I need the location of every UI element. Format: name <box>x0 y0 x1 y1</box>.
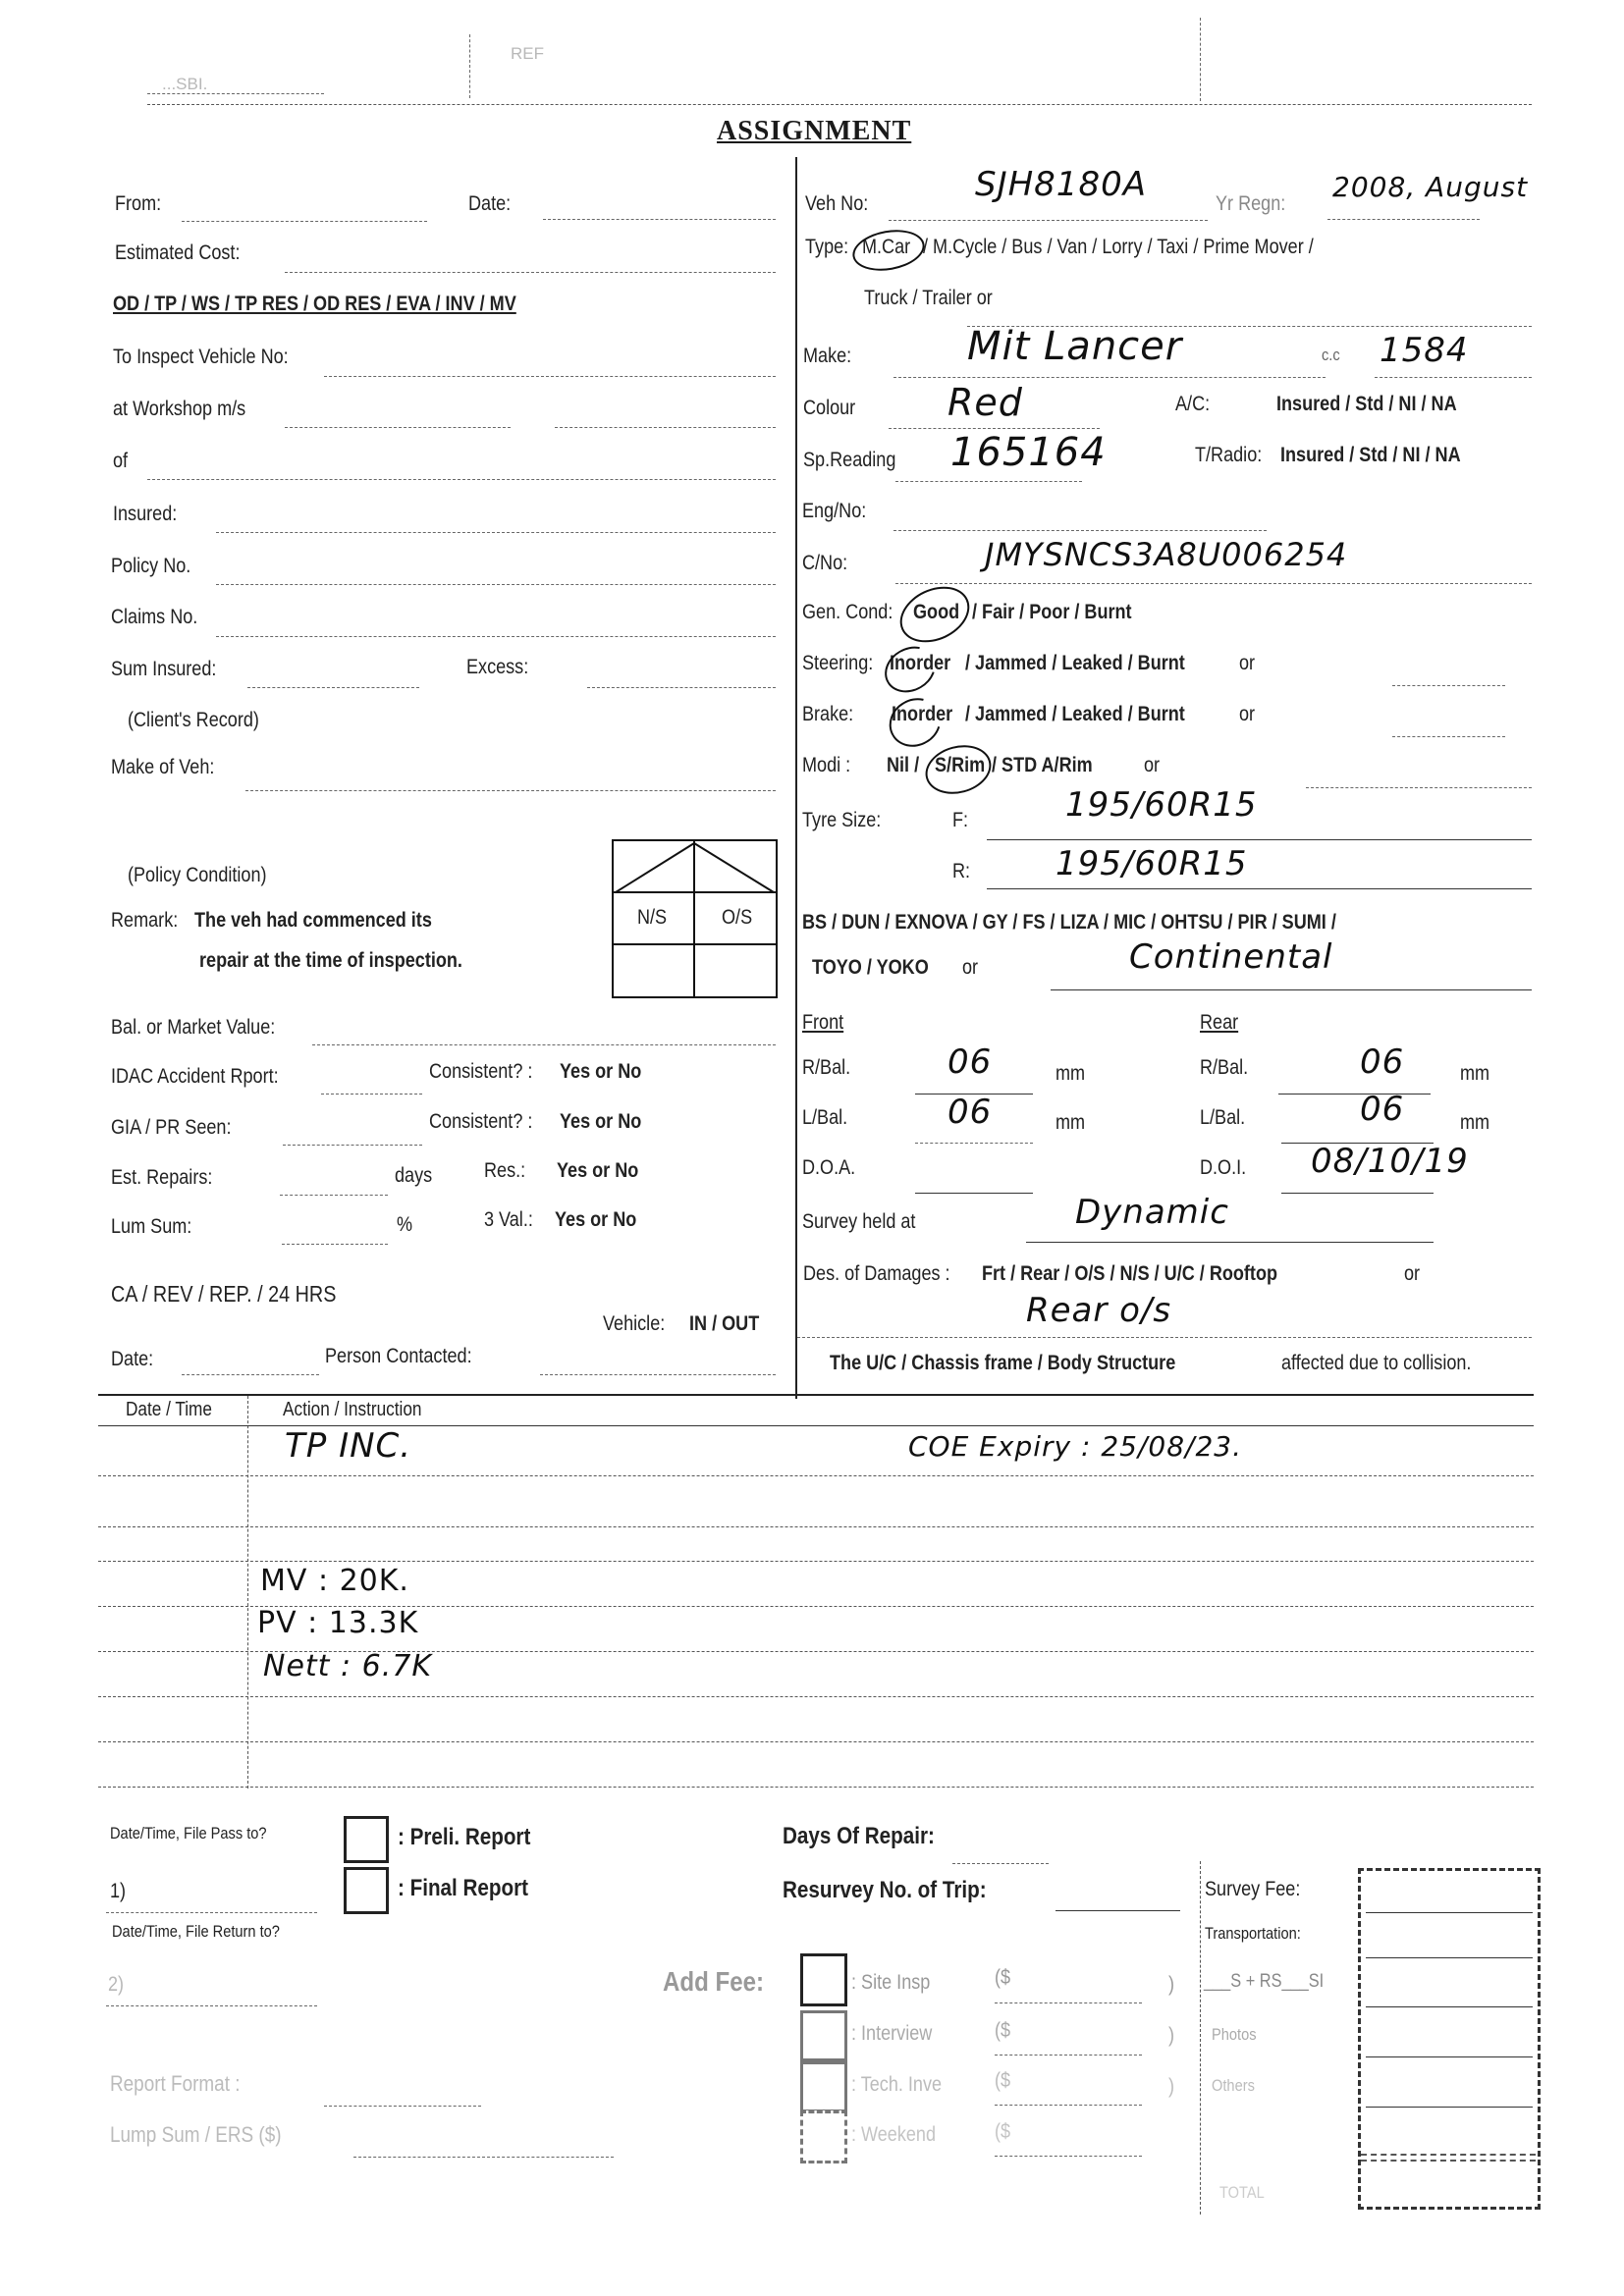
weekend-checkbox[interactable] <box>800 2110 847 2163</box>
gia-label: GIA / PR Seen: <box>111 1116 231 1140</box>
lum-sum-field[interactable] <box>282 1244 388 1245</box>
site-insp-checkbox[interactable] <box>800 1953 847 2006</box>
modi-nil[interactable]: Nil / <box>887 754 919 777</box>
row-rule-2 <box>98 1526 1534 1527</box>
report-format-label: Report Format : <box>110 2071 240 2097</box>
tyre-brand-or: or <box>962 956 978 980</box>
front-lbal-label: L/Bal. <box>802 1106 847 1130</box>
table-row[interactable]: Nett : 6.7K <box>98 1653 1534 1692</box>
selected-circle-type <box>849 225 928 276</box>
header-divider <box>469 34 470 98</box>
rear-lbal-label: L/Bal. <box>1200 1106 1245 1130</box>
selected-circle-brake <box>881 689 950 757</box>
interview-checkbox[interactable] <box>800 2010 847 2061</box>
from-field[interactable] <box>182 221 427 222</box>
selected-circle-modi <box>920 738 997 801</box>
damages-label: Des. of Damages : <box>803 1262 950 1286</box>
vehicle-in-out[interactable]: IN / OUT <box>689 1312 759 1336</box>
brake-or: or <box>1239 703 1255 726</box>
row-rule-3 <box>98 1561 1534 1562</box>
weekend-currency: ($ <box>995 2120 1010 2144</box>
ac-label: A/C: <box>1175 393 1210 416</box>
colour-field <box>889 428 1100 429</box>
file-pass-item-1: 1) <box>110 1880 126 1903</box>
of-label: of <box>113 450 128 473</box>
colour-label: Colour <box>803 397 855 420</box>
tyre-size-label: Tyre Size: <box>802 809 881 832</box>
rear-lbal-value[interactable]: 06 <box>1360 1090 1404 1129</box>
tradio-label: T/Radio: <box>1195 444 1262 467</box>
tyre-rear-label: R: <box>952 860 970 883</box>
interview-amount-field[interactable] <box>995 2055 1142 2056</box>
side-diagram-box: N/S O/S <box>612 839 778 998</box>
market-value-field[interactable] <box>312 1044 776 1045</box>
eng-no-label: Eng/No: <box>802 500 866 523</box>
resurvey-label: Resurvey No. of Trip: <box>783 1877 987 1904</box>
action-text: PV : 13.3K <box>257 1606 418 1640</box>
front-lbal-value[interactable]: 06 <box>947 1093 992 1132</box>
market-value-label: Bal. or Market Value: <box>111 1016 275 1040</box>
sp-reading-label: Sp.Reading <box>803 449 895 472</box>
rear-rbal-value[interactable]: 06 <box>1360 1042 1404 1082</box>
table-row[interactable]: PV : 13.3K <box>98 1608 1534 1647</box>
doa-label: D.O.A. <box>802 1156 855 1180</box>
gia-yes-no[interactable]: Yes or No <box>560 1110 641 1134</box>
gia-field[interactable] <box>283 1145 422 1146</box>
rear-rbal-field <box>1278 1094 1431 1095</box>
damages-or: or <box>1404 1262 1420 1286</box>
remark-label: Remark: <box>111 909 178 933</box>
eng-no-field[interactable] <box>893 530 1267 531</box>
uc-chassis-note: affected due to collision. <box>1281 1352 1471 1375</box>
header-rule <box>147 104 1532 105</box>
table-row[interactable] <box>98 1698 1534 1741</box>
col-action-instruction: Action / Instruction <box>283 1399 421 1421</box>
excess-label: Excess: <box>466 656 528 679</box>
steering-options[interactable]: / Jammed / Leaked / Burnt <box>965 652 1185 675</box>
action-note: COE Expiry : 25/08/23. <box>908 1430 1242 1463</box>
ca-rev-rep-options[interactable]: CA / REV / REP. / 24 HRS <box>111 1281 336 1308</box>
claim-type-options[interactable]: OD / TP / WS / TP RES / OD RES / EVA / I… <box>113 293 516 316</box>
tyre-brand-field <box>1051 989 1532 990</box>
percent-unit: % <box>397 1213 412 1237</box>
tech-inve-checkbox[interactable] <box>800 2061 847 2112</box>
tyre-front-field <box>987 839 1532 840</box>
selected-circle-gen-cond <box>891 576 978 653</box>
sum-insured-field[interactable] <box>247 687 419 688</box>
site-insp-label: : Site Insp <box>851 1971 930 1995</box>
cc-field <box>1375 377 1532 378</box>
tech-inve-label: : Tech. Inve <box>851 2073 942 2097</box>
brake-options[interactable]: / Jammed / Leaked / Burnt <box>965 703 1185 726</box>
tyre-rear-value[interactable]: 195/60R15 <box>1056 844 1248 883</box>
interview-currency: ($ <box>995 2019 1010 2043</box>
survey-fee-label: Survey Fee: <box>1205 1878 1300 1901</box>
vehicle-label: Vehicle: <box>603 1312 665 1336</box>
rear-rbal-label: R/Bal. <box>1200 1056 1248 1080</box>
tech-inve-currency: ($ <box>995 2069 1010 2093</box>
type-label: Type: <box>805 236 848 259</box>
gia-consistent-label: Consistent? : <box>429 1110 532 1134</box>
yr-regn-value[interactable]: 2008, August <box>1332 171 1528 203</box>
header-divider-right <box>1200 18 1201 101</box>
action-text: Nett : 6.7K <box>263 1649 432 1683</box>
doi-field <box>1281 1193 1434 1194</box>
steering-other-field[interactable] <box>1392 685 1505 686</box>
tyre-front-value[interactable]: 195/60R15 <box>1065 785 1258 825</box>
file-return-label: Date/Time, File Return to? <box>112 1922 280 1942</box>
others-amount[interactable] <box>1366 2107 1533 2108</box>
interview-label: : Interview <box>851 2022 932 2046</box>
make-of-veh-field[interactable] <box>245 790 776 791</box>
total-rule <box>1361 2154 1536 2156</box>
ref-left-text: ...SBI. <box>162 75 207 94</box>
type-options-2[interactable]: Truck / Trailer or <box>864 287 993 310</box>
survey-fee-amount[interactable] <box>1366 1912 1533 1913</box>
yr-regn-field <box>1327 219 1480 220</box>
sp-reading-field <box>895 481 1082 482</box>
preli-report-checkbox[interactable] <box>344 1816 389 1863</box>
rear-heading: Rear <box>1200 1011 1238 1035</box>
insured-field[interactable] <box>216 532 776 533</box>
file-pass-label: Date/Time, File Pass to? <box>110 1824 267 1843</box>
modi-other-field[interactable] <box>1306 787 1532 788</box>
modi-options[interactable]: / STD A/Rim <box>992 754 1093 777</box>
excess-field[interactable] <box>587 687 776 688</box>
table-row[interactable]: TP INC. COE Expiry : 25/08/23. <box>98 1426 1534 1475</box>
estimated-cost-field[interactable] <box>285 272 776 273</box>
veh-no-value[interactable]: SJH8180A <box>975 165 1147 204</box>
total-label: TOTAL <box>1219 2183 1265 2203</box>
colour-value[interactable]: Red <box>947 381 1023 424</box>
days-of-repair-field[interactable] <box>952 1863 1049 1864</box>
rear-lbal-unit: mm <box>1460 1111 1489 1135</box>
estimated-cost-label: Estimated Cost: <box>115 241 240 265</box>
uc-chassis-options[interactable]: The U/C / Chassis frame / Body Structure <box>830 1352 1175 1375</box>
make-of-veh-label: Make of Veh: <box>111 756 214 779</box>
of-field[interactable] <box>147 479 776 480</box>
tyre-brand-options-2[interactable]: TOYO / YOKO <box>812 956 929 980</box>
action-text: MV : 20K. <box>260 1564 409 1598</box>
front-rbal-unit: mm <box>1056 1062 1085 1086</box>
tech-inve-close: ) <box>1168 2075 1174 2099</box>
policy-condition-note: (Policy Condition) <box>128 864 267 887</box>
photos-amount[interactable] <box>1366 2056 1533 2057</box>
inspect-vehicle-field[interactable] <box>324 376 776 377</box>
type-options[interactable]: / M.Cycle / Bus / Van / Lorry / Taxi / P… <box>923 236 1314 259</box>
damages-field <box>797 1337 1532 1338</box>
row-rule-1 <box>98 1475 1534 1476</box>
veh-no-field <box>889 220 1208 221</box>
file-return-field[interactable] <box>106 2005 317 2006</box>
cc-label: c.c <box>1322 346 1340 365</box>
contact-date-label: Date: <box>111 1348 153 1371</box>
brake-other-field[interactable] <box>1392 736 1505 737</box>
final-report-checkbox[interactable] <box>344 1867 389 1914</box>
report-format-field[interactable] <box>324 2106 481 2107</box>
site-insp-currency: ($ <box>995 1966 1010 1990</box>
est-repairs-label: Est. Repairs: <box>111 1166 212 1190</box>
row-rule-8 <box>98 1787 1534 1788</box>
veh-no-label: Veh No: <box>805 192 868 216</box>
off-side-label: O/S <box>722 906 752 930</box>
damages-value[interactable]: Rear o/s <box>1026 1291 1171 1330</box>
remark-text-2: repair at the time of inspection. <box>199 949 462 973</box>
page-title: ASSIGNMENT <box>717 116 911 147</box>
est-repairs-field[interactable] <box>280 1195 388 1196</box>
action-log-top-rule <box>98 1394 1534 1396</box>
sp-reading-value[interactable]: 165164 <box>950 430 1107 475</box>
transport-extra-amount[interactable] <box>1366 2006 1533 2007</box>
transportation-amount[interactable] <box>1366 1957 1533 1958</box>
brake-label: Brake: <box>802 703 853 726</box>
others-label: Others <box>1212 2076 1255 2096</box>
fee-column-divider <box>1200 1861 1201 2215</box>
doi-value[interactable]: 08/10/19 <box>1311 1142 1469 1181</box>
action-text: TP INC. <box>285 1426 411 1466</box>
damages-options[interactable]: Frt / Rear / O/S / N/S / U/C / Rooftop <box>982 1262 1277 1286</box>
workshop-field-2[interactable] <box>555 427 776 428</box>
doi-label: D.O.I. <box>1200 1156 1246 1180</box>
lum-sum-label: Lum Sum: <box>111 1215 191 1239</box>
tyre-brand-value[interactable]: Continental <box>1129 937 1333 977</box>
add-fee-label: Add Fee: <box>663 1966 764 1998</box>
claims-field[interactable] <box>216 636 776 637</box>
column-divider <box>795 157 797 1399</box>
date-field[interactable] <box>543 219 776 220</box>
file-return-item-2: 2) <box>108 1973 124 1997</box>
site-insp-amount-field[interactable] <box>995 2002 1142 2003</box>
tech-inve-amount-field[interactable] <box>995 2105 1142 2106</box>
steering-label: Steering: <box>802 652 873 675</box>
site-insp-close: ) <box>1168 1973 1174 1997</box>
lump-sum-label: Lump Sum / ERS ($) <box>110 2122 282 2148</box>
c-no-value[interactable]: JMYSNCS3A8U006254 <box>985 536 1347 573</box>
resurvey-field[interactable] <box>1056 1910 1180 1911</box>
policy-label: Policy No. <box>111 555 190 578</box>
insured-label: Insured: <box>113 503 177 526</box>
cc-value[interactable]: 1584 <box>1380 331 1469 370</box>
weekend-amount-field[interactable] <box>995 2156 1142 2157</box>
person-contacted-label: Person Contacted: <box>325 1345 472 1368</box>
front-rbal-label: R/Bal. <box>802 1056 850 1080</box>
file-pass-field[interactable] <box>106 1912 317 1913</box>
weekend-label: : Weekend <box>851 2123 936 2147</box>
from-label: From: <box>115 192 161 216</box>
near-side-label: N/S <box>637 906 667 930</box>
idac-consistent-label: Consistent? : <box>429 1060 532 1084</box>
make-value[interactable]: Mit Lancer <box>967 324 1182 369</box>
clients-record-note: (Client's Record) <box>128 709 259 732</box>
lump-sum-field[interactable] <box>353 2157 614 2158</box>
c-no-field <box>895 583 1532 584</box>
ref-mid-text: REF <box>511 44 544 64</box>
preli-report-label: : Preli. Report <box>398 1824 530 1851</box>
date-label: Date: <box>468 192 511 216</box>
workshop-field-1[interactable] <box>285 427 511 428</box>
interview-close: ) <box>1168 2024 1174 2048</box>
transport-formula: ___S + RS___SI <box>1204 1971 1324 1993</box>
rear-rbal-unit: mm <box>1460 1062 1489 1086</box>
ac-options[interactable]: Insured / Std / NI / NA <box>1276 393 1457 416</box>
workshop-label: at Workshop m/s <box>113 398 245 421</box>
tradio-options[interactable]: Insured / Std / NI / NA <box>1280 444 1461 467</box>
res-yes-no[interactable]: Yes or No <box>557 1159 638 1183</box>
modi-label: Modi : <box>802 754 850 777</box>
sum-insured-label: Sum Insured: <box>111 658 216 681</box>
tyre-brand-options-1[interactable]: BS / DUN / EXNOVA / GY / FS / LIZA / MIC… <box>802 911 1336 934</box>
transportation-label: Transportation: <box>1205 1924 1301 1944</box>
idac-field[interactable] <box>321 1094 422 1095</box>
steering-or: or <box>1239 652 1255 675</box>
days-of-repair-label: Days Of Repair: <box>783 1823 935 1850</box>
idac-yes-no[interactable]: Yes or No <box>560 1060 641 1084</box>
front-rbal-value[interactable]: 06 <box>947 1042 992 1082</box>
tyre-front-label: F: <box>952 809 968 832</box>
front-lbal-unit: mm <box>1056 1111 1085 1135</box>
survey-held-label: Survey held at <box>802 1210 915 1234</box>
remark-text-1: The veh had commenced its <box>194 909 432 933</box>
row-rule-6 <box>98 1696 1534 1697</box>
c-no-label: C/No: <box>802 552 847 575</box>
idac-label: IDAC Accident Rport: <box>111 1065 279 1089</box>
col-date-time: Date / Time <box>126 1399 212 1421</box>
front-heading: Front <box>802 1011 843 1035</box>
claims-label: Claims No. <box>111 606 197 629</box>
gen-cond-options[interactable]: / Fair / Poor / Burnt <box>972 601 1132 624</box>
photos-label: Photos <box>1212 2025 1257 2045</box>
three-val-yes-no[interactable]: Yes or No <box>555 1208 636 1232</box>
total-amount[interactable] <box>1361 2160 1536 2162</box>
modi-or: or <box>1144 754 1160 777</box>
doa-field[interactable] <box>915 1193 1033 1194</box>
make-label: Make: <box>803 345 851 368</box>
days-unit: days <box>395 1164 432 1188</box>
table-row[interactable] <box>98 1477 1534 1526</box>
row-rule-7 <box>98 1741 1534 1742</box>
fee-amount-box <box>1358 1868 1541 2210</box>
tyre-rear-field <box>987 888 1532 889</box>
final-report-label: : Final Report <box>398 1875 528 1902</box>
table-row[interactable]: MV : 20K. <box>98 1564 1534 1603</box>
yr-regn-label: Yr Regn: <box>1216 192 1285 216</box>
survey-held-field <box>1026 1242 1434 1243</box>
make-field <box>893 377 1326 378</box>
selected-circle-steering <box>877 637 945 701</box>
contact-date-field[interactable] <box>182 1374 319 1375</box>
res-label: Res.: <box>484 1159 525 1183</box>
inspect-vehicle-label: To Inspect Vehicle No: <box>113 346 289 369</box>
front-lbal-field <box>915 1143 1033 1144</box>
three-val-label: 3 Val.: <box>484 1208 533 1232</box>
person-contacted-field[interactable] <box>540 1374 776 1375</box>
survey-held-value[interactable]: Dynamic <box>1075 1193 1229 1232</box>
gen-cond-label: Gen. Cond: <box>802 601 893 624</box>
policy-field[interactable] <box>216 584 776 585</box>
